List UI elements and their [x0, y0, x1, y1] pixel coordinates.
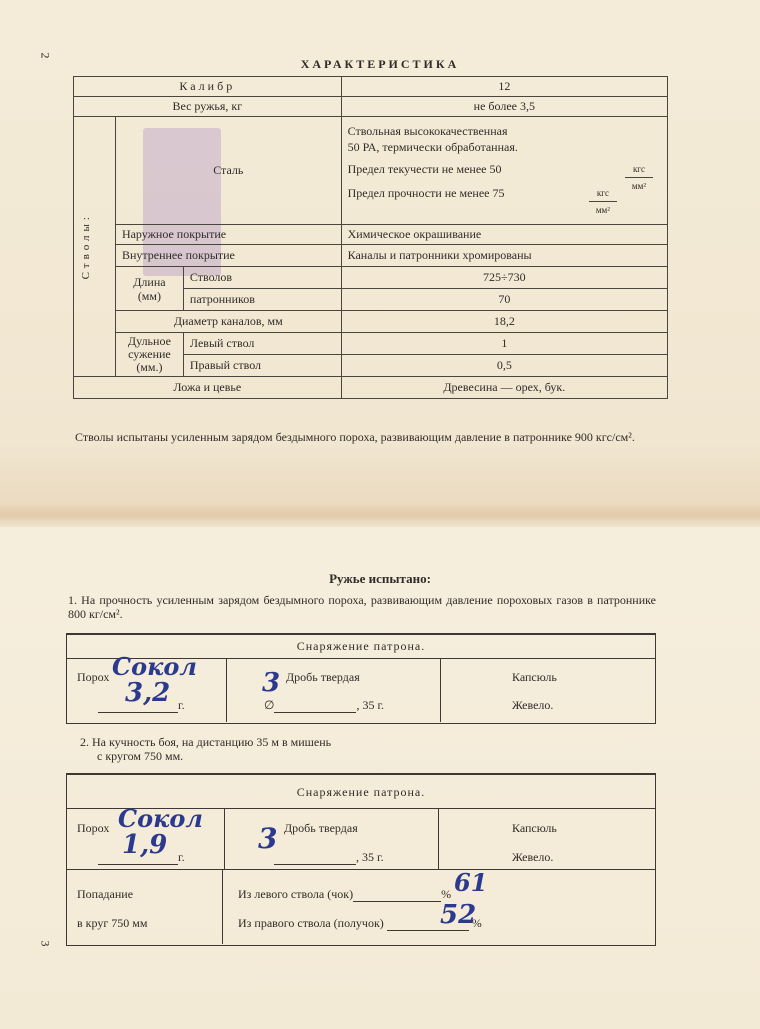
- characteristics-title: ХАРАКТЕРИСТИКА: [0, 57, 760, 72]
- length-barrels-label: Стволов: [183, 267, 341, 289]
- stock-value: Древесина — орех, бук.: [341, 377, 667, 399]
- primer-value-1: Жевело.: [512, 698, 553, 713]
- yield-row: Предел текучести не менее 50 кгсмм²: [348, 161, 661, 177]
- primer-label-1: Капсюль: [512, 670, 557, 685]
- steel-value: Ствольная высококачественная 50 РА, терм…: [341, 117, 667, 225]
- outer-coating-label: Наружное покрытие: [115, 225, 341, 245]
- choke-label: Дульноесужение(мм.): [115, 333, 183, 377]
- strength-text: Предел прочности не менее 75: [348, 186, 505, 200]
- strength-unit: кгсмм²: [589, 185, 617, 218]
- powder-label-2: Порох: [77, 821, 109, 836]
- divider: [440, 659, 441, 722]
- primer-label-2: Капсюль: [512, 821, 557, 836]
- choke-right-label: Правый ствол: [183, 355, 341, 377]
- choke-left-label: Левый ствол: [183, 333, 341, 355]
- powder-grams-handwritten-2: 1,9: [122, 830, 167, 860]
- hit-label-line1: Попадание: [77, 887, 133, 902]
- steel-desc-line1: Ствольная высококачественная: [348, 123, 661, 139]
- choke-right-value: 0,5: [341, 355, 667, 377]
- characteristics-table: Калибр 12 Вес ружья, кг не более 3,5 Ств…: [73, 76, 668, 399]
- bore-diameter-label: Диаметр каналов, мм: [115, 311, 341, 333]
- divider: [438, 809, 439, 869]
- steel-desc-line2: 50 РА, термически обработанная.: [348, 139, 661, 155]
- length-chambers-label: патронников: [183, 289, 341, 311]
- bore-diameter-value: 18,2: [341, 311, 667, 333]
- divider: [224, 809, 225, 869]
- powder-label-1: Порох: [77, 670, 109, 685]
- divider: [226, 659, 227, 722]
- cartridge-box-2-header: Снаряжение патрона.: [67, 775, 655, 800]
- length-label: Длина(мм): [115, 267, 183, 311]
- steel-label: Сталь: [115, 117, 341, 225]
- length-chambers-value: 70: [341, 289, 667, 311]
- left-barrel-hits-handwritten: 61: [454, 868, 487, 897]
- yield-text: Предел текучести не менее 50: [348, 162, 502, 176]
- barrels-group-cell: Стволы:: [74, 117, 116, 377]
- outer-coating-value: Химическое окрашивание: [341, 225, 667, 245]
- powder-grams-handwritten-1: 3,2: [125, 678, 170, 708]
- hit-label-line2: в круг 750 мм: [77, 916, 147, 931]
- stock-label: Ложа и цевье: [74, 377, 342, 399]
- test-item-2-line1: 2. На кучность боя, на дистанцию 35 м в …: [80, 735, 331, 749]
- shot-size-1: ∅, 35 г.: [264, 698, 384, 713]
- barrels-group-label: Стволы:: [80, 213, 92, 279]
- length-barrels-value: 725÷730: [341, 267, 667, 289]
- strength-row: Предел прочности не менее 75 кгсмм²: [348, 185, 661, 201]
- shot-label-1: Дробь твердая: [286, 670, 360, 685]
- test-item-2-line2: с кругом 750 мм.: [97, 749, 183, 763]
- shot-label-2: Дробь твердая: [284, 821, 358, 836]
- choke-left-value: 1: [341, 333, 667, 355]
- left-barrel-hits: Из левого ствола (чок)%: [238, 887, 451, 902]
- page-number-bottom: 3: [38, 941, 53, 947]
- powder-handwritten-2: Сокол: [118, 804, 203, 833]
- test-item-1: 1. На прочность усиленным зарядом бездым…: [68, 593, 656, 621]
- primer-value-2: Жевело.: [512, 850, 553, 865]
- yield-unit: кгсмм²: [625, 161, 653, 194]
- shot-size-2: , 35 г.: [274, 850, 384, 865]
- powder-handwritten-1: Сокол: [112, 652, 197, 681]
- test-title: Ружье испытано:: [0, 571, 760, 587]
- caliber-value: 12: [341, 77, 667, 97]
- inner-coating-value: Каналы и патронники хромированы: [341, 245, 667, 267]
- caliber-label: Калибр: [74, 77, 342, 97]
- shot-handwritten-1: 3: [262, 668, 280, 698]
- divider: [66, 869, 656, 870]
- inner-coating-label: Внутреннее покрытие: [115, 245, 341, 267]
- barrels-test-note: Стволы испытаны усиленным зарядом бездым…: [75, 430, 665, 445]
- right-barrel-hits-handwritten: 52: [440, 900, 476, 930]
- page-fold: [0, 505, 760, 527]
- weight-label: Вес ружья, кг: [74, 97, 342, 117]
- weight-value: не более 3,5: [341, 97, 667, 117]
- divider: [222, 870, 223, 944]
